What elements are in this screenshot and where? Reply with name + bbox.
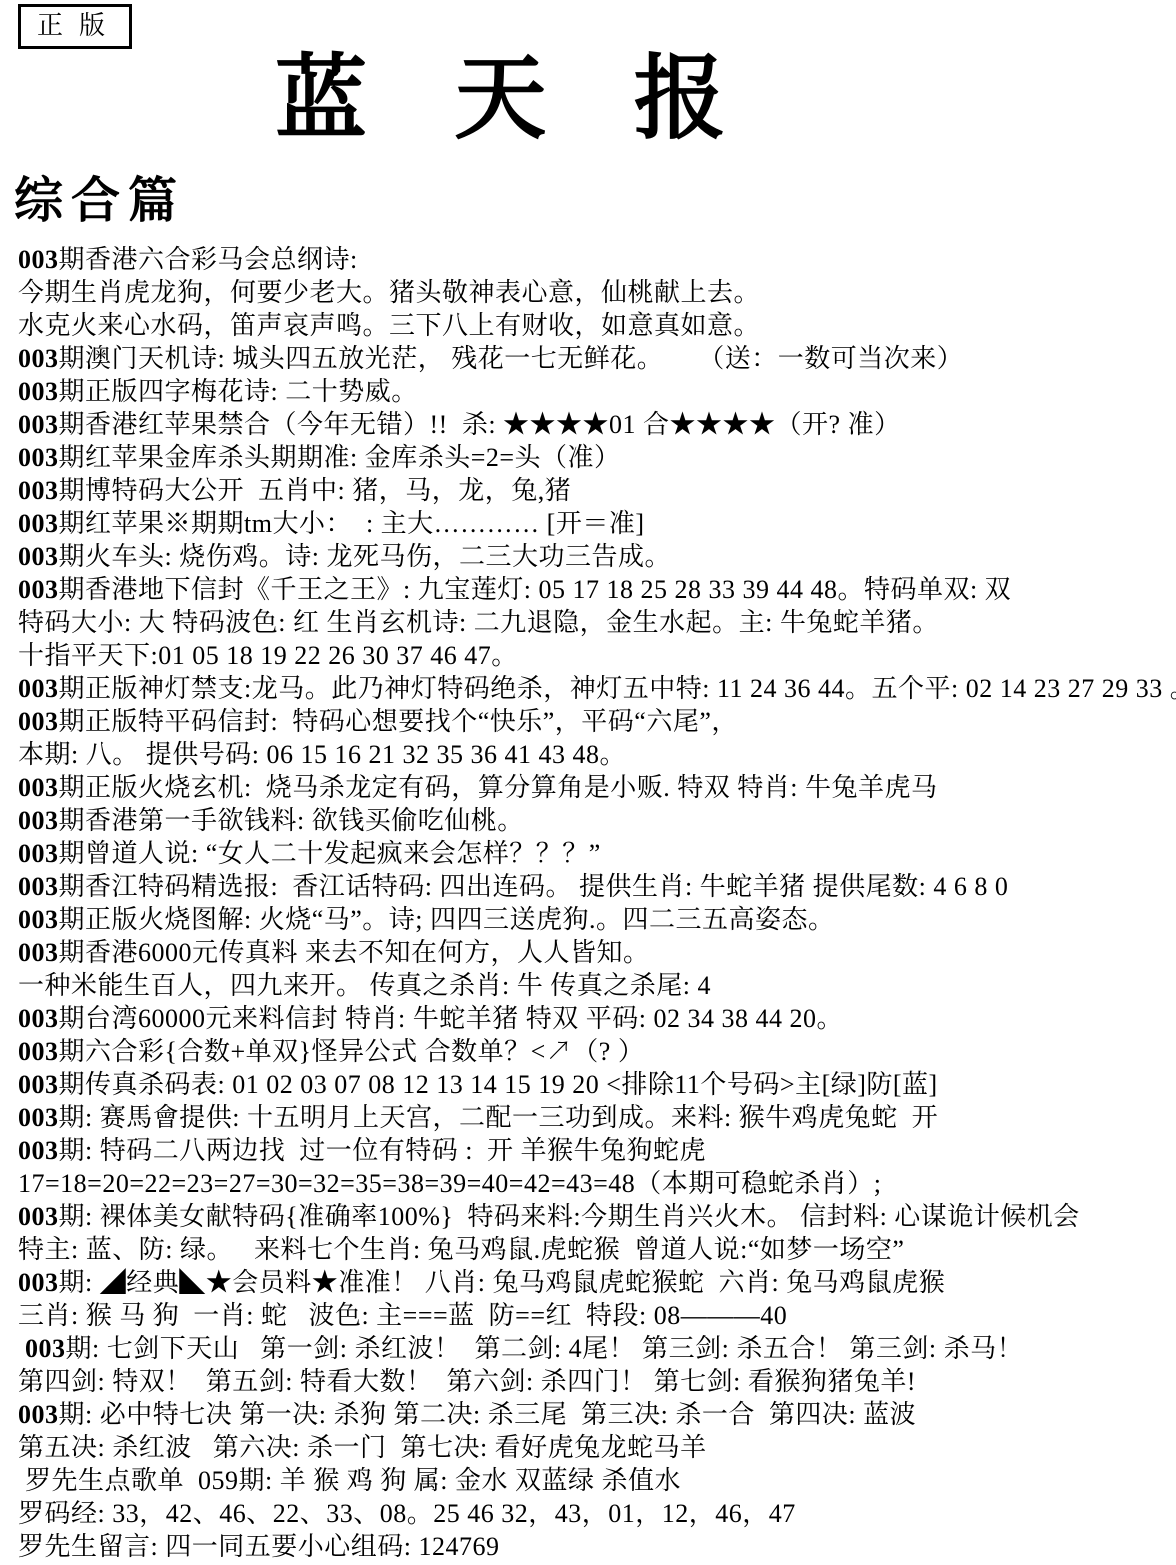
text-line: 一种米能生百人，四九来开。 传真之杀肖: 牛 传真之杀尾: 4 <box>18 969 1176 1002</box>
line-text: 第五决: 杀红波 第六决: 杀一门 第七决: 看好虎兔龙蛇马羊 <box>18 1433 707 1462</box>
line-text: 特码大小: 大 特码波色: 红 生肖玄机诗: 二九退隐，金生水起。主: 牛兔蛇羊… <box>18 608 939 637</box>
line-text: 罗先生留言: 四一同五要小心组码: 124769 <box>18 1532 499 1561</box>
line-text: 期: ◢经典◣★会员料★准准！ 八肖: 兔马鸡鼠虎蛇猴蛇 六肖: 兔马鸡鼠虎猴 <box>59 1268 946 1297</box>
period-number: 003 <box>18 707 59 736</box>
line-text: 期正版火烧玄机: 烧马杀龙定有码，算分算角是小贩. 特双 特肖: 牛兔羊虎马 <box>59 773 938 802</box>
line-text: 水克火来心水码，笛声哀声鸣。三下八上有财收，如意真如意。 <box>18 311 760 340</box>
line-text: 期: 必中特七决 第一决: 杀狗 第二决: 杀三尾 第三决: 杀一合 第四决: … <box>59 1400 917 1429</box>
line-text: 期正版火烧图解: 火烧“马”。诗; 四四三送虎狗.。四二三五高姿态。 <box>59 905 835 934</box>
period-number: 003 <box>18 905 59 934</box>
period-number: 003 <box>18 509 59 538</box>
text-line: 003期曾道人说: “女人二十发起疯来会怎样？？？” <box>18 837 1176 870</box>
line-text: 三肖: 猴 马 狗 一肖: 蛇 波色: 主===蓝 防==红 特段: 08———… <box>18 1301 787 1330</box>
line-text: 罗码经: 33，42、46、22、33、08。25 46 32，43，01，12… <box>18 1499 796 1528</box>
period-number: 003 <box>18 443 59 472</box>
text-line: 本期: 八。 提供号码: 06 15 16 21 32 35 36 41 43 … <box>18 738 1176 771</box>
line-text: 期正版四字梅花诗: 二十势威。 <box>59 377 418 406</box>
text-line: 003期香港六合彩马会总纲诗: <box>18 243 1176 276</box>
period-number: 003 <box>18 1103 59 1132</box>
period-number: 003 <box>18 1268 59 1297</box>
text-line: 003期: 裸体美女献特码{准确率100%} 特码来料:今期生肖兴火木。 信封料… <box>18 1200 1176 1233</box>
text-line: 003期正版火烧玄机: 烧马杀龙定有码，算分算角是小贩. 特双 特肖: 牛兔羊虎… <box>18 771 1176 804</box>
text-line: 特主: 蓝、防: 绿。 来料七个生肖: 兔马鸡鼠.虎蛇猴 曾道人说:“如梦一场空… <box>18 1233 1176 1266</box>
line-text: 期: 特码二八两边找 过一位有特码 : 开 羊猴牛兔狗蛇虎 <box>59 1136 706 1165</box>
text-line: 三肖: 猴 马 狗 一肖: 蛇 波色: 主===蓝 防==红 特段: 08———… <box>18 1299 1176 1332</box>
line-text: 期香江特码精选报: 香江话特码: 四出连码。 提供生肖: 牛蛇羊猪 提供尾数: … <box>59 872 1009 901</box>
line-text: 期红苹果※期期tm大小： : 主大………… [开＝准] <box>59 509 645 538</box>
body-lines: 003期香港六合彩马会总纲诗:今期生肖虎龙狗，何要少老大。猪头敬神表心意，仙桃献… <box>18 243 1176 1563</box>
text-line: 17=18=20=22=23=27=30=32=35=38=39=40=42=4… <box>18 1167 1176 1200</box>
text-line: 十指平天下:01 05 18 19 22 26 30 37 46 47。 <box>18 639 1176 672</box>
period-number: 003 <box>18 1202 59 1231</box>
line-text: 期正版特平码信封: 特码心想要找个“快乐”，平码“六尾”， <box>59 707 738 736</box>
period-number: 003 <box>18 542 59 571</box>
period-number: 003 <box>18 839 59 868</box>
period-number: 003 <box>18 245 59 274</box>
period-number: 003 <box>18 377 59 406</box>
genuine-stamp: 正版 <box>18 4 132 49</box>
text-line: 003期澳门天机诗: 城头四五放光茫， 残花一七无鲜花。 （送：一数可当次来） <box>18 342 1176 375</box>
line-text: 期曾道人说: “女人二十发起疯来会怎样？？？” <box>59 839 601 868</box>
period-number: 003 <box>18 410 59 439</box>
text-line: 003期香港6000元传真料 来去不知在何方，人人皆知。 <box>18 936 1176 969</box>
text-line: 003期香港第一手欲钱料: 欲钱买偷吃仙桃。 <box>18 804 1176 837</box>
line-text: 期正版神灯禁支:龙马。此乃神灯特码绝杀，神灯五中特: 11 24 36 44。五… <box>59 674 1176 703</box>
text-line: 第五决: 杀红波 第六决: 杀一门 第七决: 看好虎兔龙蛇马羊 <box>18 1431 1176 1464</box>
text-line: 罗先生留言: 四一同五要小心组码: 124769 <box>18 1530 1176 1563</box>
text-line: 今期生肖虎龙狗，何要少老大。猪头敬神表心意，仙桃献上去。 <box>18 276 1176 309</box>
line-text: 期香港六合彩马会总纲诗: <box>59 245 358 274</box>
text-line: 003期正版特平码信封: 特码心想要找个“快乐”，平码“六尾”， <box>18 705 1176 738</box>
line-text: 期六合彩{合数+单双}怪异公式 合数单？<↗（? ） <box>59 1037 645 1066</box>
line-text: 期: 裸体美女献特码{准确率100%} 特码来料:今期生肖兴火木。 信封料: 心… <box>59 1202 1080 1231</box>
text-line: 003期传真杀码表: 01 02 03 07 08 12 13 14 15 19… <box>18 1068 1176 1101</box>
period-number: 003 <box>18 1037 59 1066</box>
line-text: 十指平天下:01 05 18 19 22 26 30 37 46 47。 <box>18 641 518 670</box>
line-text: 期火车头: 烧伤鸡。诗: 龙死马伤，二三大功三告成。 <box>59 542 671 571</box>
text-line: 003期香港地下信封《千王之王》: 九宝莲灯: 05 17 18 25 28 3… <box>18 573 1176 606</box>
period-number: 003 <box>18 344 59 373</box>
period-number: 003 <box>18 1400 59 1429</box>
text-line: 003期: 七剑下天山 第一剑: 杀红波！ 第二剑: 4尾！ 第三剑: 杀五合！… <box>18 1332 1176 1365</box>
text-line: 003期正版神灯禁支:龙马。此乃神灯特码绝杀，神灯五中特: 11 24 36 4… <box>18 672 1176 705</box>
line-text: 期香港6000元传真料 来去不知在何方，人人皆知。 <box>59 938 650 967</box>
line-text: 特主: 蓝、防: 绿。 来料七个生肖: 兔马鸡鼠.虎蛇猴 曾道人说:“如梦一场空… <box>18 1235 904 1264</box>
line-text: 罗先生点歌单 059期: 羊 猴 鸡 狗 属: 金水 双蓝绿 杀值水 <box>18 1466 681 1495</box>
text-line: 003期博特码大公开 五肖中: 猪，马，龙，兔,猪 <box>18 474 1176 507</box>
line-text: 第四剑: 特双！ 第五剑: 特看大数！ 第六剑: 杀四门！ 第七剑: 看猴狗猪兔… <box>18 1367 916 1396</box>
period-number: 003 <box>18 938 59 967</box>
period-number: 003 <box>18 872 59 901</box>
line-text: 期台湾60000元来料信封 特肖: 牛蛇羊猪 特双 平码: 02 34 38 4… <box>59 1004 843 1033</box>
line-text: 期澳门天机诗: 城头四五放光茫， 残花一七无鲜花。 （送：一数可当次来） <box>59 344 964 373</box>
period-number: 003 <box>18 1136 59 1165</box>
period-number: 003 <box>18 575 59 604</box>
line-text: 期: 赛馬會提供: 十五明月上天宫，二配一三功到成。来料: 猴牛鸡虎兔蛇 开 <box>59 1103 939 1132</box>
period-number: 003 <box>18 806 59 835</box>
text-line: 003期台湾60000元来料信封 特肖: 牛蛇羊猪 特双 平码: 02 34 3… <box>18 1002 1176 1035</box>
text-line: 003期: 必中特七决 第一决: 杀狗 第二决: 杀三尾 第三决: 杀一合 第四… <box>18 1398 1176 1431</box>
text-line: 003期香港红苹果禁合（今年无错）!! 杀: ★★★★01 合★★★★（开? 准… <box>18 408 1176 441</box>
text-line: 003期红苹果金库杀头期期准: 金库杀头=2=头（准） <box>18 441 1176 474</box>
line-text: 期香港红苹果禁合（今年无错）!! 杀: ★★★★01 合★★★★（开? 准） <box>59 410 901 439</box>
text-line: 003期红苹果※期期tm大小： : 主大………… [开＝准] <box>18 507 1176 540</box>
text-line: 003期正版四字梅花诗: 二十势威。 <box>18 375 1176 408</box>
period-number: 003 <box>18 773 59 802</box>
period-number: 003 <box>18 1004 59 1033</box>
line-text: 一种米能生百人，四九来开。 传真之杀肖: 牛 传真之杀尾: 4 <box>18 971 711 1000</box>
line-text: 本期: 八。 提供号码: 06 15 16 21 32 35 36 41 43 … <box>18 740 626 769</box>
line-text: 期博特码大公开 五肖中: 猪，马，龙，兔,猪 <box>59 476 572 505</box>
period-number: 003 <box>18 1070 59 1099</box>
period-number: 003 <box>18 1334 66 1363</box>
line-text: 今期生肖虎龙狗，何要少老大。猪头敬神表心意，仙桃献上去。 <box>18 278 760 307</box>
text-line: 003期: ◢经典◣★会员料★准准！ 八肖: 兔马鸡鼠虎蛇猴蛇 六肖: 兔马鸡鼠… <box>18 1266 1176 1299</box>
period-number: 003 <box>18 476 59 505</box>
period-number: 003 <box>18 674 59 703</box>
section-title: 综合篇 <box>14 172 185 231</box>
text-line: 003期六合彩{合数+单双}怪异公式 合数单？<↗（? ） <box>18 1035 1176 1068</box>
text-line: 003期正版火烧图解: 火烧“马”。诗; 四四三送虎狗.。四二三五高姿态。 <box>18 903 1176 936</box>
text-line: 罗码经: 33，42、46、22、33、08。25 46 32，43，01，12… <box>18 1497 1176 1530</box>
text-line: 003期: 赛馬會提供: 十五明月上天宫，二配一三功到成。来料: 猴牛鸡虎兔蛇 … <box>18 1101 1176 1134</box>
text-line: 003期火车头: 烧伤鸡。诗: 龙死马伤，二三大功三告成。 <box>18 540 1176 573</box>
page-title: 蓝天报 <box>275 42 813 157</box>
text-line: 特码大小: 大 特码波色: 红 生肖玄机诗: 二九退隐，金生水起。主: 牛兔蛇羊… <box>18 606 1176 639</box>
line-text: 期: 七剑下天山 第一剑: 杀红波！ 第二剑: 4尾！ 第三剑: 杀五合！ 第三… <box>66 1334 1024 1363</box>
text-line: 第四剑: 特双！ 第五剑: 特看大数！ 第六剑: 杀四门！ 第七剑: 看猴狗猪兔… <box>18 1365 1176 1398</box>
text-line: 003期香江特码精选报: 香江话特码: 四出连码。 提供生肖: 牛蛇羊猪 提供尾… <box>18 870 1176 903</box>
text-line: 水克火来心水码，笛声哀声鸣。三下八上有财收，如意真如意。 <box>18 309 1176 342</box>
text-line: 003期: 特码二八两边找 过一位有特码 : 开 羊猴牛兔狗蛇虎 <box>18 1134 1176 1167</box>
line-text: 期传真杀码表: 01 02 03 07 08 12 13 14 15 19 20… <box>59 1070 938 1099</box>
line-text: 17=18=20=22=23=27=30=32=35=38=39=40=42=4… <box>18 1169 882 1198</box>
genuine-stamp-label: 正版 <box>37 11 121 40</box>
line-text: 期香港第一手欲钱料: 欲钱买偷吃仙桃。 <box>59 806 524 835</box>
line-text: 期香港地下信封《千王之王》: 九宝莲灯: 05 17 18 25 28 33 3… <box>59 575 1012 604</box>
line-text: 期红苹果金库杀头期期准: 金库杀头=2=头（准） <box>59 443 621 472</box>
newspaper-page: 正版 蓝天报 综合篇 003期香港六合彩马会总纲诗:今期生肖虎龙狗，何要少老大。… <box>0 0 1176 1565</box>
text-line: 罗先生点歌单 059期: 羊 猴 鸡 狗 属: 金水 双蓝绿 杀值水 <box>18 1464 1176 1497</box>
